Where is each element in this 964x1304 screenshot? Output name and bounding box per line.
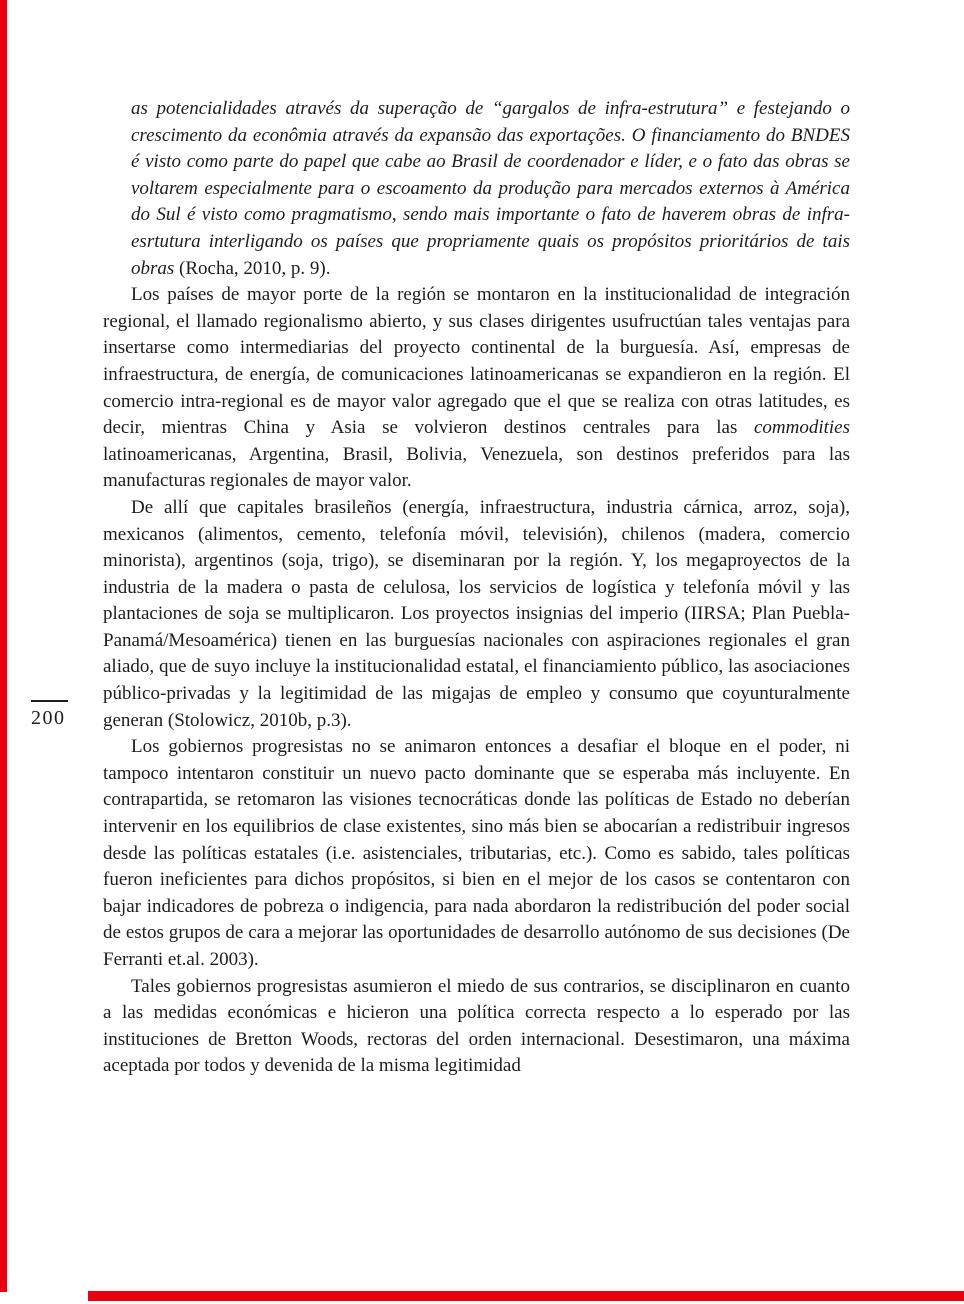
quote-citation: (Rocha, 2010, p. 9).	[179, 258, 330, 279]
paragraph-los-paises: Los países de mayor porte de la región s…	[103, 282, 850, 495]
italic-term-commodities: commodities	[754, 417, 850, 438]
page-number: 200	[31, 707, 69, 729]
bottom-edge-red-rule	[88, 1291, 964, 1301]
paragraph-los-paises-text-after: latinoamericanas, Argentina, Brasil, Bol…	[103, 444, 850, 492]
page-number-block: 200	[31, 700, 69, 729]
paragraph-los-gobiernos: Los gobiernos progresistas no se animaro…	[103, 734, 850, 973]
book-page: 200 as potencialidades através da supera…	[0, 0, 964, 1304]
paragraph-tales-gobiernos: Tales gobiernos progresistas asumieron e…	[103, 974, 850, 1080]
block-quote: as potencialidades através da superação …	[131, 96, 850, 282]
text-block: as potencialidades através da superação …	[103, 96, 850, 1080]
paragraph-los-paises-text-before: Los países de mayor porte de la región s…	[103, 284, 850, 438]
quote-text: as potencialidades através da superação …	[131, 98, 850, 279]
paragraph-de-alli: De allí que capitales brasileños (energí…	[103, 495, 850, 734]
page-number-rule	[31, 700, 68, 702]
left-edge-red-rule	[0, 0, 7, 1292]
